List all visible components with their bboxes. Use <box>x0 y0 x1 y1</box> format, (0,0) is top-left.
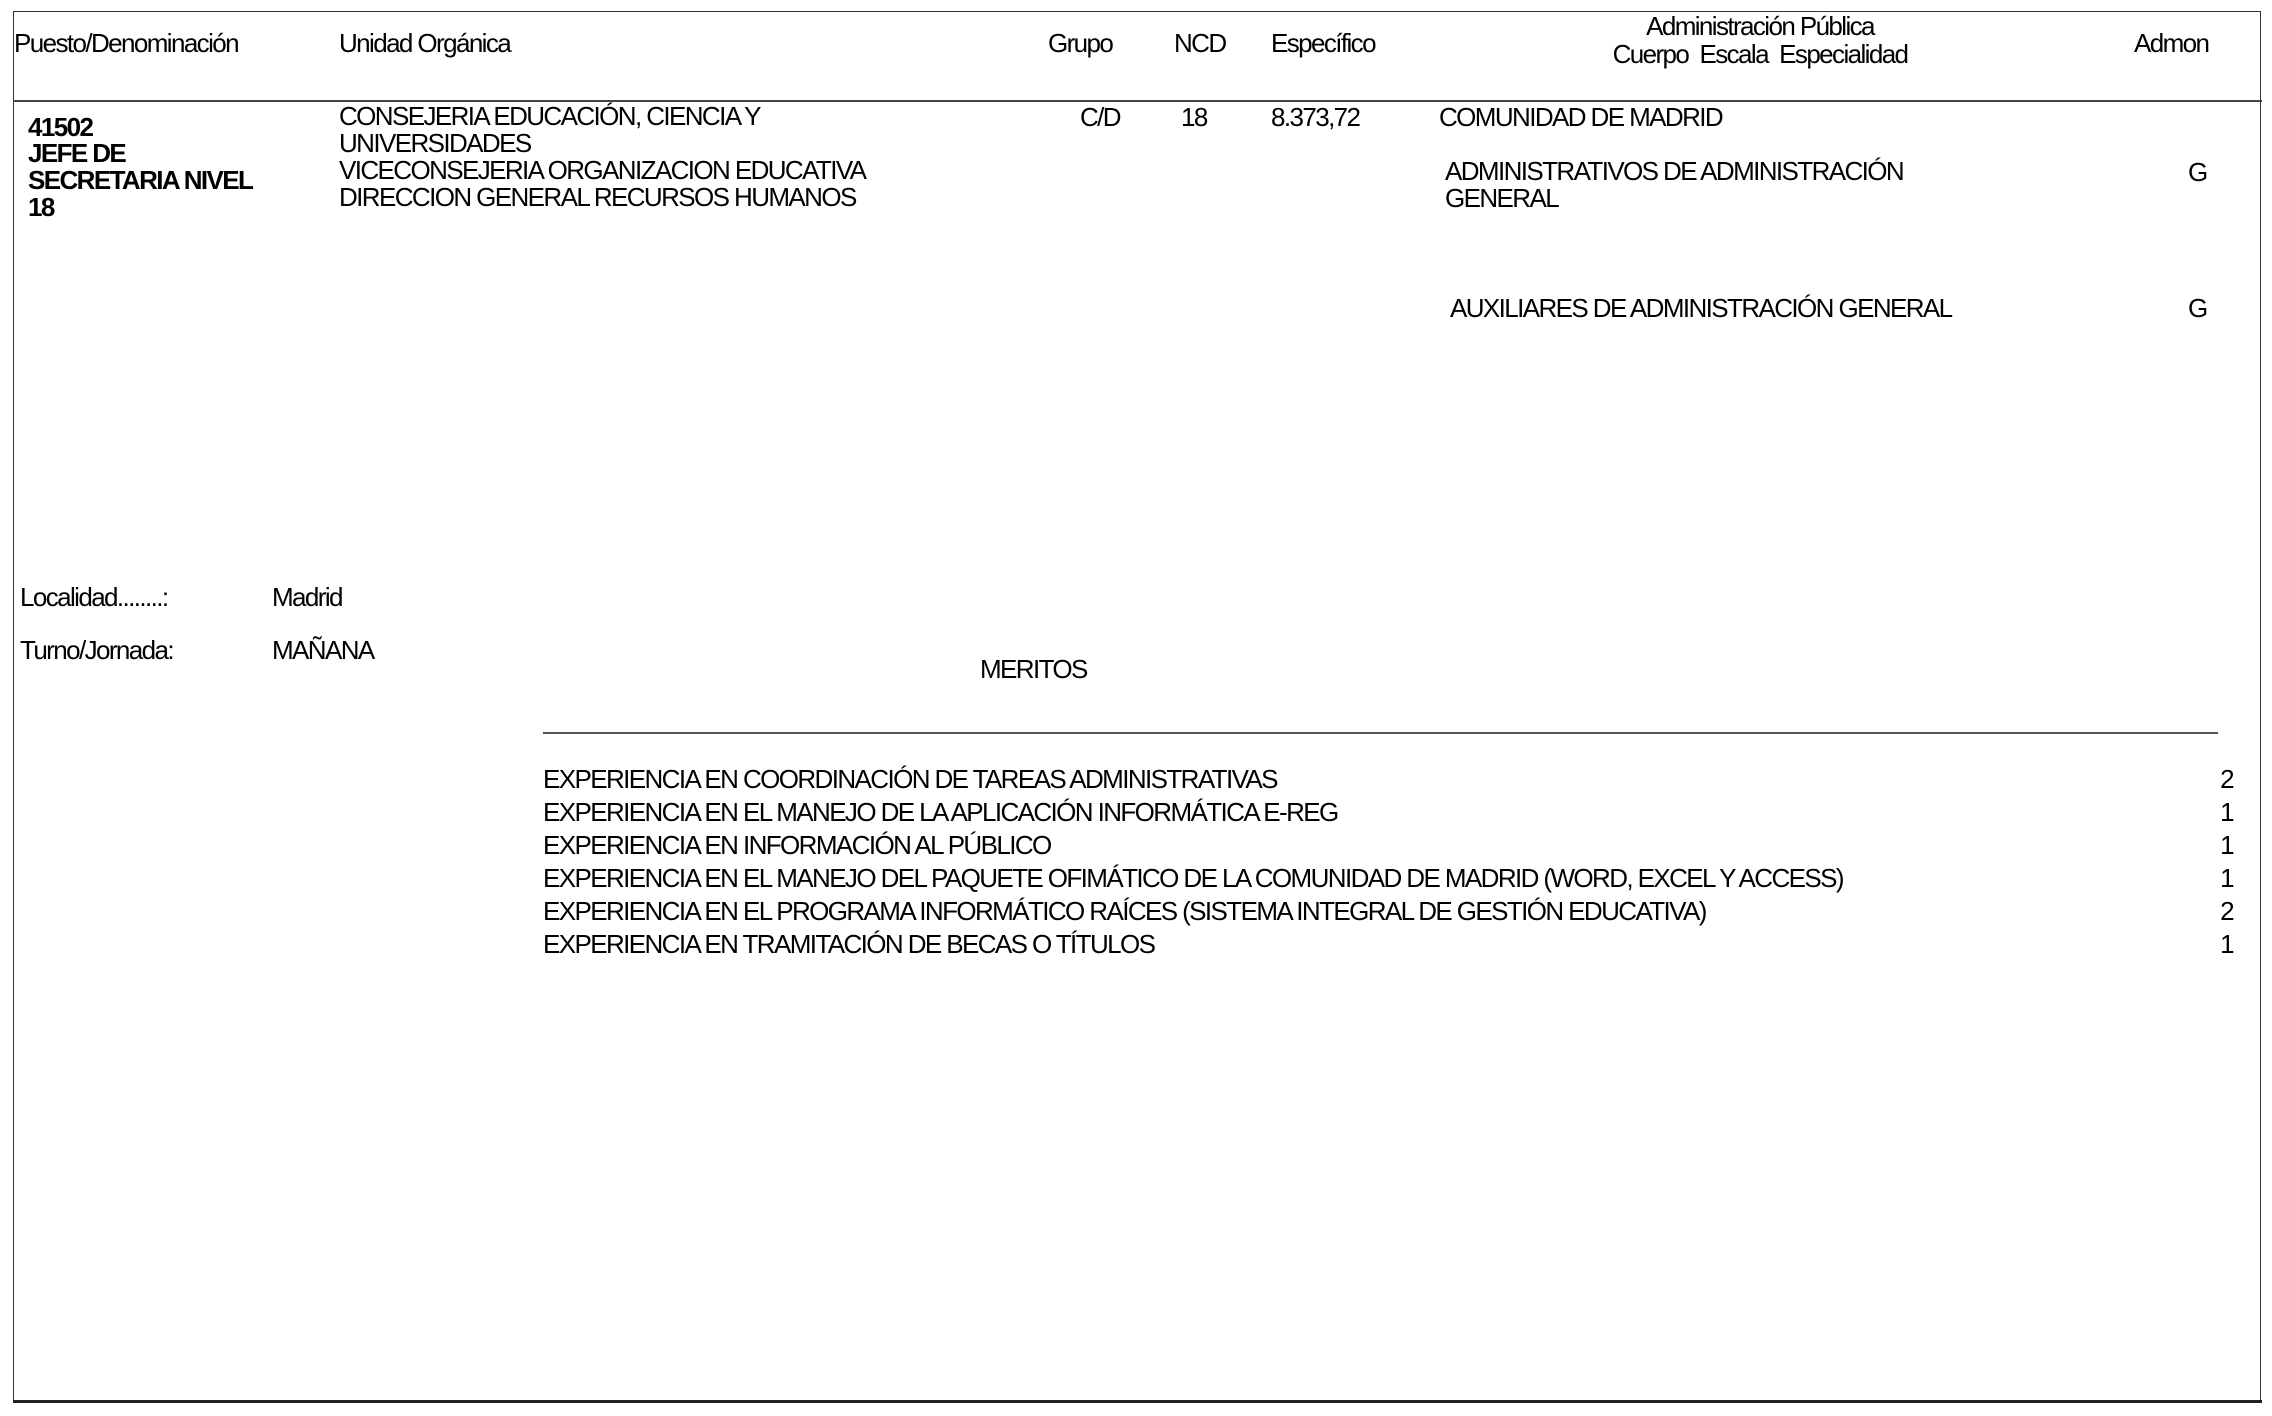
merito-item: EXPERIENCIA EN EL MANEJO DEL PAQUETE OFI… <box>543 864 2233 892</box>
turno-value: MAÑANA <box>272 636 374 664</box>
merito-text: EXPERIENCIA EN EL MANEJO DE LA APLICACIÓ… <box>543 798 1863 826</box>
header-unidad: Unidad Orgánica <box>339 29 510 57</box>
meritos-divider <box>543 732 2218 734</box>
meritos-list: EXPERIENCIA EN COORDINACIÓN DE TAREAS AD… <box>543 765 2233 963</box>
merito-item: EXPERIENCIA EN COORDINACIÓN DE TAREAS AD… <box>543 765 2233 793</box>
puesto-codigo: 41502 <box>28 113 92 141</box>
merito-item: EXPERIENCIA EN INFORMACIÓN AL PÚBLICO1 <box>543 831 2233 859</box>
merito-value: 1 <box>2203 864 2233 892</box>
header-admin-publica: Administración Pública <box>1560 12 1960 40</box>
merito-value: 2 <box>2203 897 2233 925</box>
merito-item: EXPERIENCIA EN TRAMITACIÓN DE BECAS O TÍ… <box>543 930 2233 958</box>
puesto-ncd: 18 <box>1181 103 1207 131</box>
puesto-grupo: C/D <box>1080 103 1120 131</box>
header-grupo: Grupo <box>1048 29 1112 57</box>
merito-value: 1 <box>2203 831 2233 859</box>
header-cuerpo-escala: Cuerpo Escala Especialidad <box>1560 40 1960 68</box>
merito-text: EXPERIENCIA EN TRAMITACIÓN DE BECAS O TÍ… <box>543 930 1863 958</box>
localidad-value: Madrid <box>272 583 342 611</box>
localidad-label: Localidad........: <box>20 583 168 611</box>
header-ncd: NCD <box>1174 29 1226 57</box>
merito-value: 2 <box>2203 765 2233 793</box>
merito-value: 1 <box>2203 930 2233 958</box>
cuerpo-item: ADMINISTRATIVOS DE ADMINISTRACIÓN GENERA… <box>1445 158 1903 212</box>
merito-text: EXPERIENCIA EN EL PROGRAMA INFORMÁTICO R… <box>543 897 1863 925</box>
merito-item: EXPERIENCIA EN EL PROGRAMA INFORMÁTICO R… <box>543 897 2233 925</box>
cuerpo-item: AUXILIARES DE ADMINISTRACIÓN GENERAL <box>1450 294 1952 322</box>
puesto-especifico: 8.373,72 <box>1271 103 1359 131</box>
meritos-title: MERITOS <box>980 655 1087 683</box>
header-puesto: Puesto/Denominación <box>14 29 238 57</box>
merito-value: 1 <box>2203 798 2233 826</box>
unidad-organica: CONSEJERIA EDUCACIÓN, CIENCIA Y UNIVERSI… <box>339 103 865 211</box>
header-especifico: Específico <box>1271 29 1375 57</box>
turno-label: Turno/Jornada: <box>20 636 173 664</box>
header-admon: Admon <box>2134 29 2208 57</box>
merito-item: EXPERIENCIA EN EL MANEJO DE LA APLICACIÓ… <box>543 798 2233 826</box>
puesto-denominacion: JEFE DE SECRETARIA NIVEL 18 <box>28 140 252 221</box>
merito-text: EXPERIENCIA EN INFORMACIÓN AL PÚBLICO <box>543 831 1863 859</box>
document-frame <box>13 11 2261 1402</box>
cuerpo-admon: G <box>2188 294 2207 322</box>
merito-text: EXPERIENCIA EN EL MANEJO DEL PAQUETE OFI… <box>543 864 1863 892</box>
bottom-border <box>13 1400 2262 1403</box>
merito-text: EXPERIENCIA EN COORDINACIÓN DE TAREAS AD… <box>543 765 1863 793</box>
cuerpo-admon: G <box>2188 158 2207 186</box>
administracion: COMUNIDAD DE MADRID <box>1439 103 1722 131</box>
